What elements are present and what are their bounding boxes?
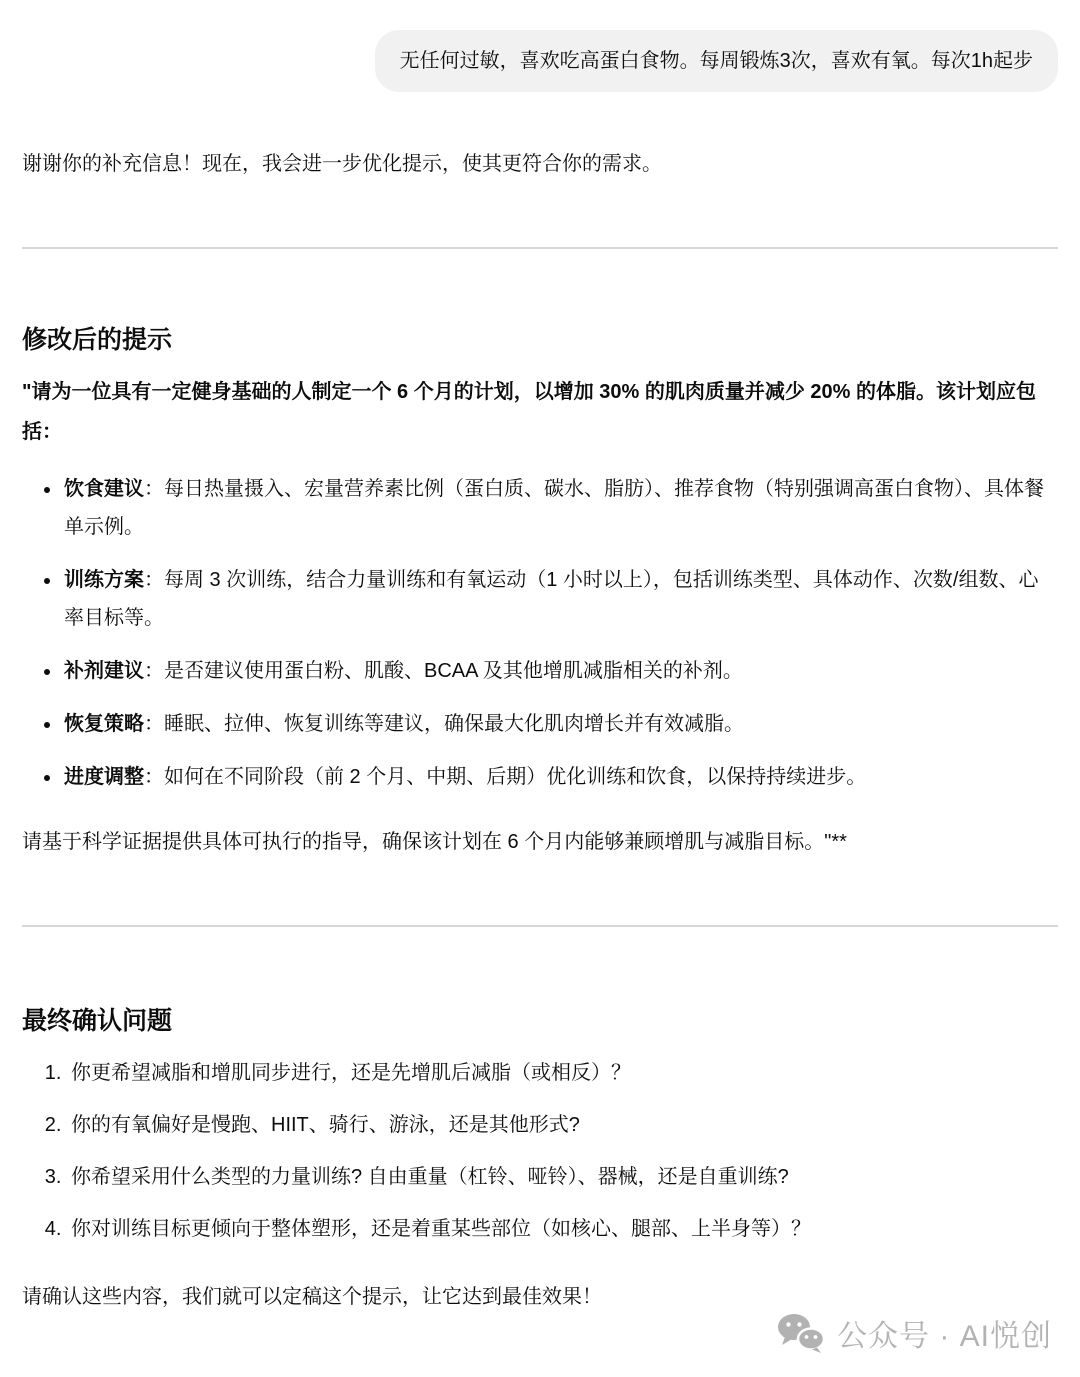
list-item: 你的有氧偏好是慢跑、HIIT、骑行、游泳，还是其他形式? (67, 1106, 1058, 1144)
bullet-text: ：如何在不同阶段（前 2 个月、中期、后期）优化训练和饮食，以保持持续进步。 (144, 766, 866, 788)
bullet-label: 训练方案 (64, 569, 144, 591)
question-text: 你更希望减脂和增肌同步进行，还是先增肌后减脂（或相反）？ (71, 1062, 631, 1084)
user-message-bubble: 无任何过敏，喜欢吃高蛋白食物。每周锻炼3次，喜欢有氧。每次1h起步 (375, 30, 1058, 92)
list-item: 你更希望减脂和增肌同步进行，还是先增肌后减脂（或相反）？ (67, 1054, 1058, 1092)
bullet-text: ：每日热量摄入、宏量营养素比例（蛋白质、碳水、脂肪）、推荐食物（特别强调高蛋白食… (64, 478, 1044, 538)
bullet-label: 补剂建议 (64, 660, 144, 682)
revised-prompt-opening: "请为一位具有一定健身基础的人制定一个 6 个月的计划，以增加 30% 的肌肉质… (22, 372, 1058, 452)
question-text: 你希望采用什么类型的力量训练? 自由重量（杠铃、哑铃）、器械，还是自重训练? (71, 1166, 789, 1188)
section-divider (22, 247, 1058, 249)
list-item: 恢复策略：睡眠、拉伸、恢复训练等建议，确保最大化肌肉增长并有效减脂。 (62, 705, 1058, 743)
bullet-label: 进度调整 (64, 766, 144, 788)
watermark-text: 公众号 · AI悦创 (837, 1311, 1052, 1355)
final-questions-heading: 最终确认问题 (22, 1004, 1058, 1038)
user-message-row: 无任何过敏，喜欢吃高蛋白食物。每周锻炼3次，喜欢有氧。每次1h起步 (22, 30, 1058, 92)
list-item: 你希望采用什么类型的力量训练? 自由重量（杠铃、哑铃）、器械，还是自重训练? (67, 1158, 1058, 1196)
final-questions-list: 你更希望减脂和增肌同步进行，还是先增肌后减脂（或相反）？ 你的有氧偏好是慢跑、H… (22, 1054, 1058, 1248)
revised-prompt-closing: 请基于科学证据提供具体可执行的指导，确保该计划在 6 个月内能够兼顾增肌与减脂目… (22, 822, 1058, 862)
list-item: 你对训练目标更倾向于整体塑形，还是着重某些部位（如核心、腿部、上半身等）？ (67, 1210, 1058, 1248)
bullet-label: 饮食建议 (64, 478, 144, 500)
bullet-text: ：睡眠、拉伸、恢复训练等建议，确保最大化肌肉增长并有效减脂。 (144, 713, 744, 735)
revised-prompt-bullet-list: 饮食建议：每日热量摄入、宏量营养素比例（蛋白质、碳水、脂肪）、推荐食物（特别强调… (22, 470, 1058, 796)
bullet-text: ：每周 3 次训练，结合力量训练和有氧运动（1 小时以上），包括训练类型、具体动… (64, 569, 1038, 629)
watermark: 公众号 · AI悦创 (777, 1311, 1052, 1355)
assistant-message: 谢谢你的补充信息！现在，我会进一步优化提示，使其更符合你的需求。 修改后的提示 … (22, 144, 1058, 1317)
assistant-intro-text: 谢谢你的补充信息！现在，我会进一步优化提示，使其更符合你的需求。 (22, 144, 1058, 184)
list-item: 饮食建议：每日热量摄入、宏量营养素比例（蛋白质、碳水、脂肪）、推荐食物（特别强调… (62, 470, 1058, 546)
list-item: 进度调整：如何在不同阶段（前 2 个月、中期、后期）优化训练和饮食，以保持持续进… (62, 758, 1058, 796)
question-text: 你的有氧偏好是慢跑、HIIT、骑行、游泳，还是其他形式? (71, 1114, 580, 1136)
section-divider (22, 925, 1058, 927)
list-item: 训练方案：每周 3 次训练，结合力量训练和有氧运动（1 小时以上），包括训练类型… (62, 561, 1058, 637)
bullet-text: ：是否建议使用蛋白粉、肌酸、BCAA 及其他增肌减脂相关的补剂。 (144, 660, 743, 682)
user-message-text: 无任何过敏，喜欢吃高蛋白食物。每周锻炼3次，喜欢有氧。每次1h起步 (400, 50, 1033, 72)
list-item: 补剂建议：是否建议使用蛋白粉、肌酸、BCAA 及其他增肌减脂相关的补剂。 (62, 652, 1058, 690)
question-text: 你对训练目标更倾向于整体塑形，还是着重某些部位（如核心、腿部、上半身等）？ (71, 1218, 811, 1240)
revised-prompt-heading: 修改后的提示 (22, 323, 1058, 357)
chat-page: 无任何过敏，喜欢吃高蛋白食物。每周锻炼3次，喜欢有氧。每次1h起步 谢谢你的补充… (0, 0, 1080, 1377)
bullet-label: 恢复策略 (64, 713, 144, 735)
wechat-icon (777, 1313, 825, 1353)
